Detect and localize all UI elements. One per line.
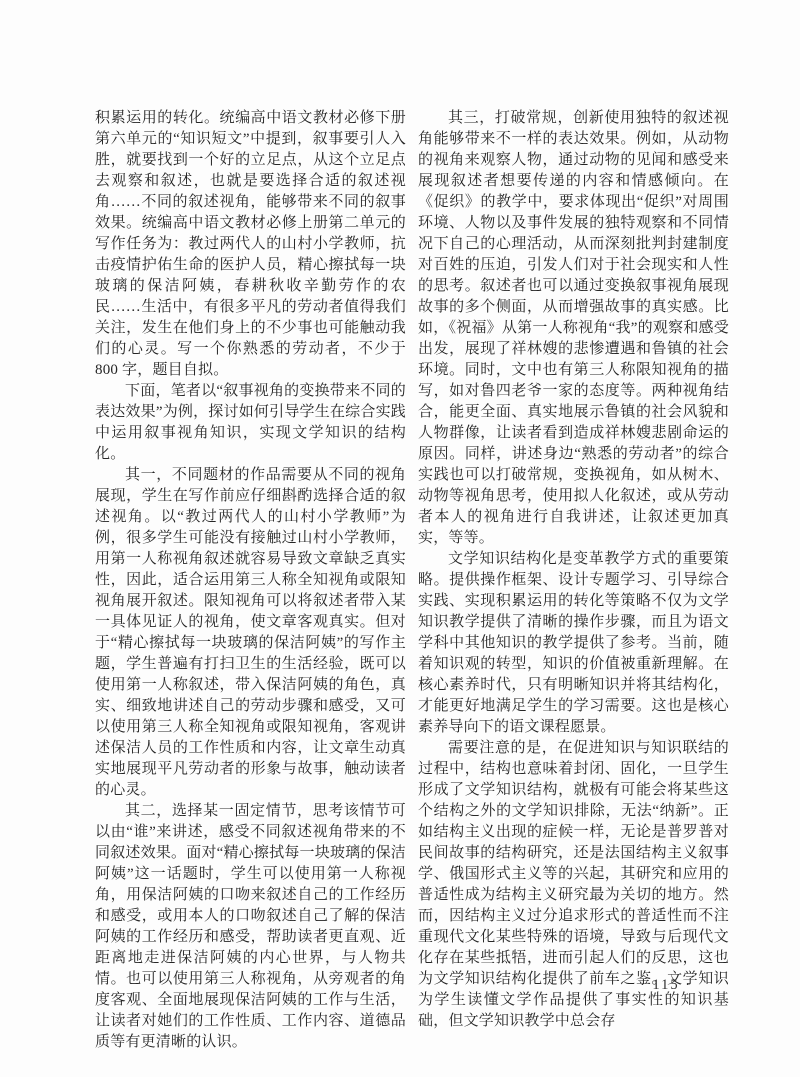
page-number: · 115 · bbox=[640, 977, 692, 994]
right-column: 其三，打破常规，创新使用独特的叙述视角能够带来不一样的表达效果。例如，从动物的视… bbox=[418, 108, 729, 1053]
document-page: 积累运用的转化。统编高中语文教材必修下册第六单元的“知识短文”中提到，叙事要引人… bbox=[0, 0, 800, 1077]
paragraph: 其二，选择某一固定情节，思考该情节可以由“谁”来讲述，感受不同叙述视角带来的不同… bbox=[95, 801, 406, 1053]
paragraph: 下面，笔者以“叙事视角的变换带来不同的表达效果”为例，探讨如何引导学生在综合实践… bbox=[95, 381, 406, 465]
paragraph: 文学知识结构化是变革教学方式的重要策略。提供操作框架、设计专题学习、引导综合实践… bbox=[418, 549, 729, 738]
paragraph-continuation: 积累运用的转化。统编高中语文教材必修下册第六单元的“知识短文”中提到，叙事要引人… bbox=[95, 108, 406, 381]
two-column-text-area: 积累运用的转化。统编高中语文教材必修下册第六单元的“知识短文”中提到，叙事要引人… bbox=[95, 108, 730, 1053]
paragraph: 其三，打破常规，创新使用独特的叙述视角能够带来不一样的表达效果。例如，从动物的视… bbox=[418, 108, 729, 549]
paragraph: 其一，不同题材的作品需要从不同的视角展现，学生在写作前应仔细斟酌选择合适的叙述视… bbox=[95, 465, 406, 801]
left-column: 积累运用的转化。统编高中语文教材必修下册第六单元的“知识短文”中提到，叙事要引人… bbox=[95, 108, 406, 1053]
